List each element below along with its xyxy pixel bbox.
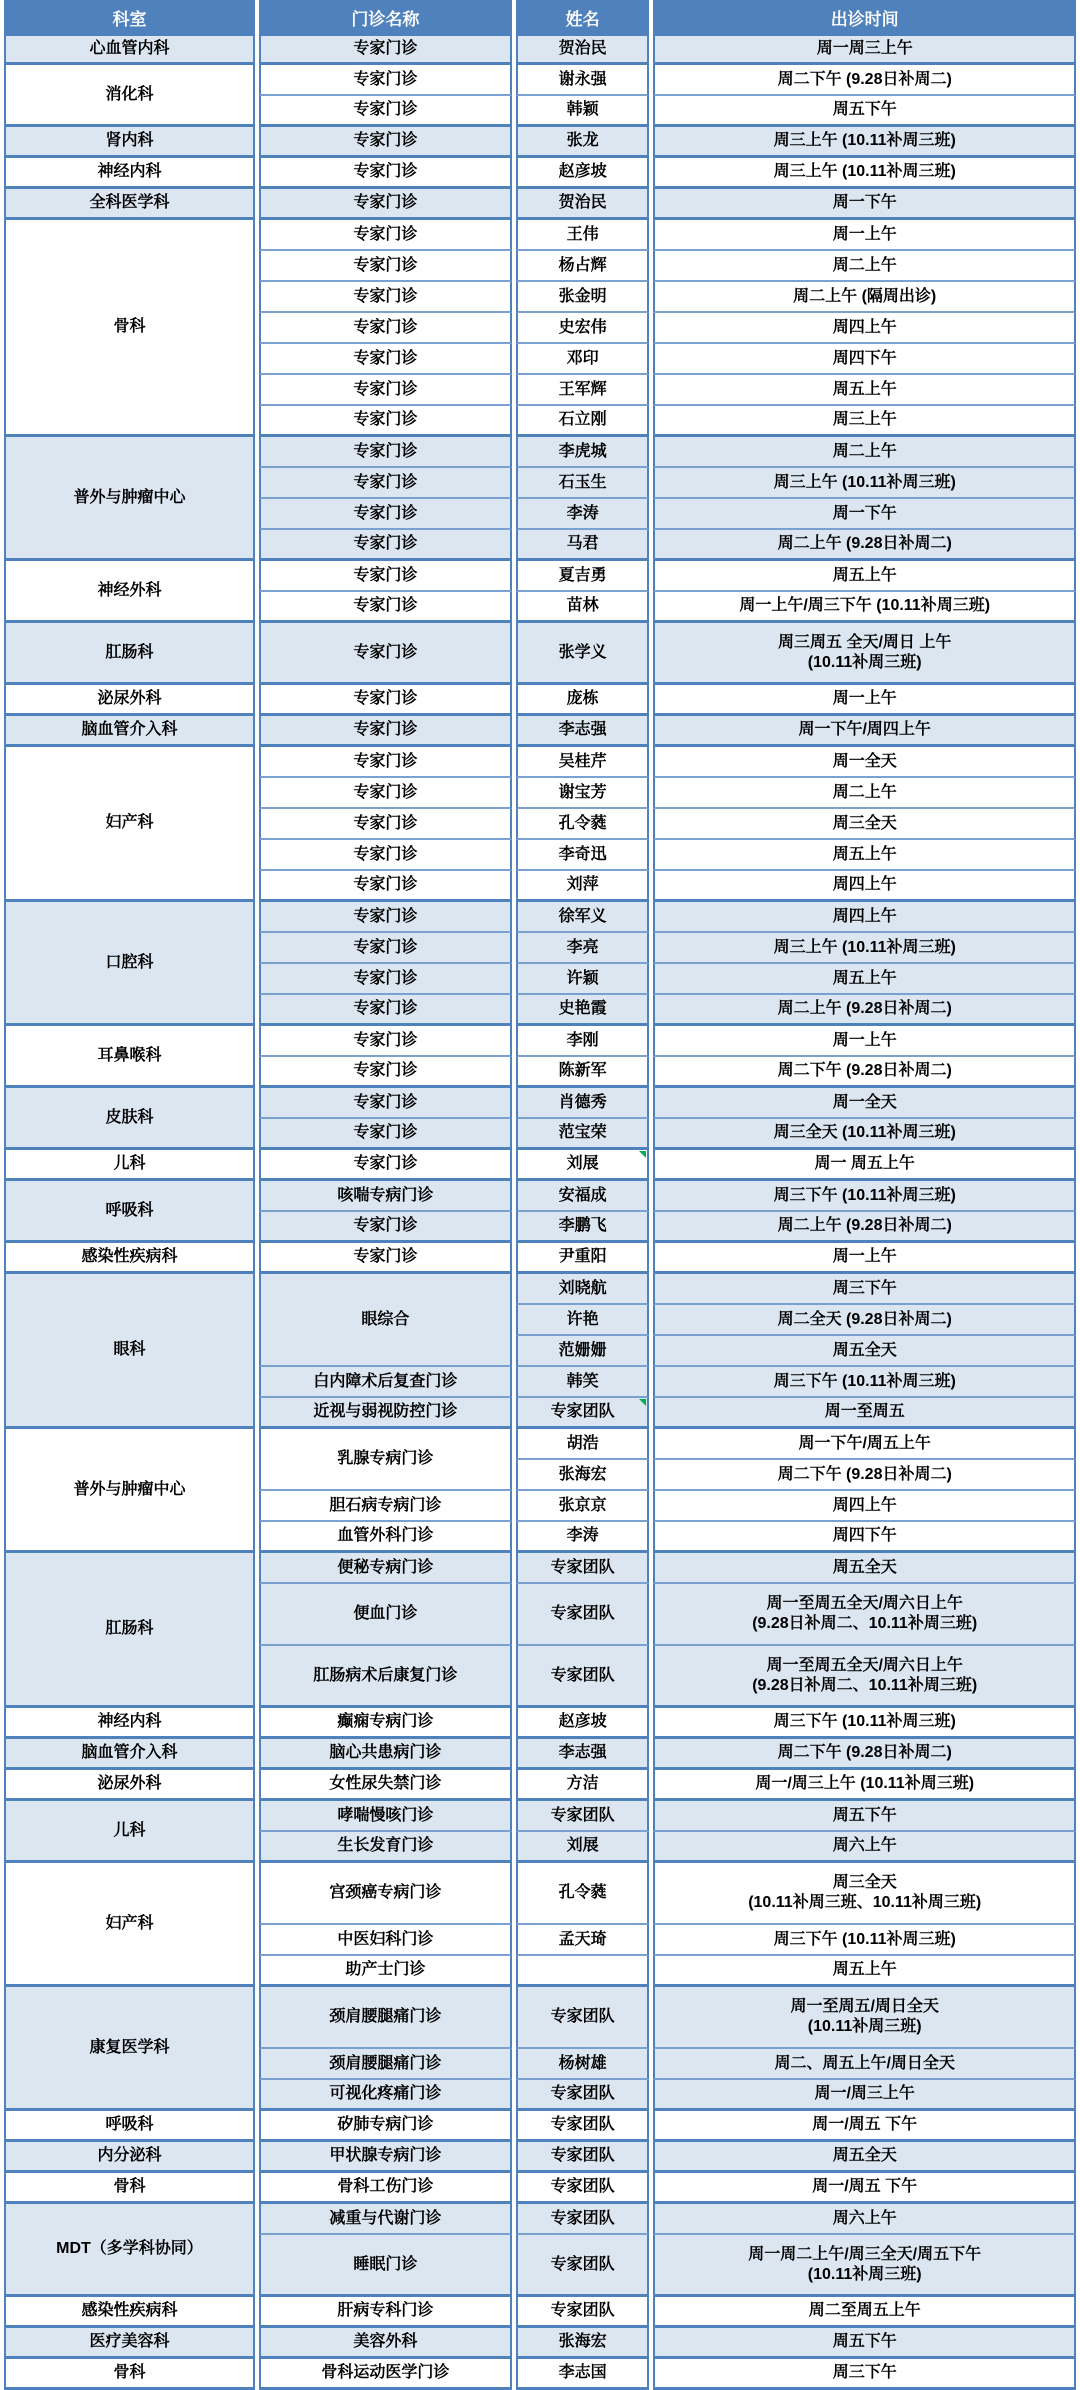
- dept-cell: 肛肠科: [4, 1553, 255, 1708]
- clinic-cell: 咳喘专病门诊: [259, 1181, 512, 1212]
- clinic-cell: 专家门诊: [259, 592, 512, 623]
- cell-text: 周二下午 (9.28日补周二): [659, 1061, 1070, 1081]
- doctor-name-cell: 王伟: [516, 220, 650, 251]
- cell-text: 周一下午/周四上午: [659, 720, 1070, 740]
- cell-text: 专家门诊: [265, 1216, 506, 1236]
- clinic-cell: 专家门诊: [259, 65, 512, 96]
- cell-text: (10.11补周三班): [659, 2017, 1070, 2037]
- schedule-time-cell: 周三上午 (10.11补周三班): [653, 468, 1076, 499]
- cell-text: 陈新军: [522, 1061, 644, 1081]
- dept-cell: 消化科: [4, 65, 255, 127]
- doctor-name-cell: 张金明: [516, 282, 650, 313]
- doctor-name-cell: 孟天琦: [516, 1925, 650, 1956]
- cell-text: 李志强: [522, 1743, 644, 1763]
- cell-text: 孟天琦: [522, 1930, 644, 1950]
- cell-text: 周五全天: [659, 2146, 1070, 2166]
- cell-text: 韩颖: [522, 100, 644, 120]
- dept-cell: 医疗美容科: [4, 2328, 255, 2359]
- cell-text: 周五上午: [659, 1960, 1070, 1980]
- cell-text: 专家门诊: [265, 689, 506, 709]
- cell-text: 减重与代谢门诊: [265, 2209, 506, 2229]
- cell-text: 周四下午: [659, 1526, 1070, 1546]
- cell-text: 专家团队: [522, 2177, 644, 2197]
- schedule-time-cell: 周二上午: [653, 437, 1076, 468]
- cell-text: 专家门诊: [265, 380, 506, 400]
- schedule-time-cell: 周一上午/周三下午 (10.11补周三班): [653, 592, 1076, 623]
- cell-text: 周三上午 (10.11补周三班): [659, 473, 1070, 493]
- cell-text: 感染性疾病科: [10, 1247, 249, 1267]
- schedule-time-cell: 周三下午 (10.11补周三班): [653, 1367, 1076, 1398]
- doctor-name-cell: 韩笑: [516, 1367, 650, 1398]
- schedule-time-cell: 周三下午 (10.11补周三班): [653, 1925, 1076, 1956]
- schedule-time-cell: 周四上午: [653, 871, 1076, 902]
- cell-text: 骨科: [10, 2177, 249, 2197]
- cell-text: 安福成: [522, 1186, 644, 1206]
- dept-cell: 骨科: [4, 2173, 255, 2204]
- doctor-name-cell: 李奇迅: [516, 840, 650, 871]
- cell-text: 李涛: [522, 1526, 644, 1546]
- schedule-time-cell: 周一上午: [653, 685, 1076, 716]
- cell-text: 肖德秀: [522, 1093, 644, 1113]
- schedule-time-cell: 周五上午: [653, 964, 1076, 995]
- schedule-time-cell: 周一至周五: [653, 1398, 1076, 1429]
- cell-text: 李鹏飞: [522, 1216, 644, 1236]
- clinic-cell: 肝病专科门诊: [259, 2297, 512, 2328]
- clinic-cell: 专家门诊: [259, 1119, 512, 1150]
- clinic-cell: 专家门诊: [259, 1057, 512, 1088]
- clinic-cell: 颈肩腰腿痛门诊: [259, 1987, 512, 2049]
- cell-text: 周一全天: [659, 1093, 1070, 1113]
- schedule-time-cell: 周一至周五全天/周六日上午(9.28日补周二、10.11补周三班): [653, 1584, 1076, 1646]
- cell-text: 便血门诊: [265, 1604, 506, 1624]
- cell-text: 胡浩: [522, 1434, 644, 1454]
- clinic-cell: 专家门诊: [259, 468, 512, 499]
- dept-cell: 神经外科: [4, 561, 255, 623]
- clinic-cell: 专家门诊: [259, 809, 512, 840]
- cell-text: 专家团队: [522, 1558, 644, 1578]
- cell-text: 普外与肿瘤中心: [10, 1480, 249, 1500]
- schedule-time-cell: 周二上午 (9.28日补周二): [653, 1212, 1076, 1243]
- doctor-name-cell: 杨树雄: [516, 2049, 650, 2080]
- schedule-time-cell: 周三全天: [653, 809, 1076, 840]
- doctor-name-cell: 杨占辉: [516, 251, 650, 282]
- cell-text: (9.28日补周二、10.11补周三班): [659, 1676, 1070, 1696]
- cell-text: 眼综合: [265, 1310, 506, 1330]
- clinic-cell: 专家门诊: [259, 685, 512, 716]
- cell-text: 周五上午: [659, 845, 1070, 865]
- schedule-time-cell: 周一下午: [653, 499, 1076, 530]
- cell-text: 专家门诊: [265, 473, 506, 493]
- clinic-cell: 专家门诊: [259, 437, 512, 468]
- cell-text: 癫痫专病门诊: [265, 1712, 506, 1732]
- schedule-time-cell: 周二下午 (9.28日补周二): [653, 65, 1076, 96]
- dept-cell: 骨科: [4, 2359, 255, 2390]
- cell-text: 脑血管介入科: [10, 720, 249, 740]
- schedule-time-cell: 周一 周五上午: [653, 1150, 1076, 1181]
- doctor-name-cell: [516, 1956, 650, 1987]
- cell-text: 消化科: [10, 85, 249, 105]
- schedule-time-cell: 周六上午: [653, 2204, 1076, 2235]
- cell-text: 邓印: [522, 349, 644, 369]
- schedule-time-cell: 周一下午: [653, 189, 1076, 220]
- cell-text: 杨占辉: [522, 256, 644, 276]
- dept-cell: 肾内科: [4, 127, 255, 158]
- cell-text: 呼吸科: [10, 1201, 249, 1221]
- doctor-name-cell: 专家团队: [516, 2235, 650, 2297]
- schedule-time-cell: 周二下午 (9.28日补周二): [653, 1460, 1076, 1491]
- dept-cell: 脑血管介入科: [4, 716, 255, 747]
- cell-text: 范姗姗: [522, 1341, 644, 1361]
- schedule-time-cell: 周一/周三上午: [653, 2080, 1076, 2111]
- clinic-cell: 专家门诊: [259, 716, 512, 747]
- cell-text: 胆石病专病门诊: [265, 1496, 506, 1516]
- schedule-time-cell: 周四上午: [653, 313, 1076, 344]
- clinic-cell: 专家门诊: [259, 158, 512, 189]
- cell-text: 专家门诊: [265, 256, 506, 276]
- schedule-time-cell: 周六上午: [653, 1832, 1076, 1863]
- doctor-name-cell: 李亮: [516, 933, 650, 964]
- cell-text: 周五下午: [659, 100, 1070, 120]
- dept-cell: 神经内科: [4, 158, 255, 189]
- doctor-name-cell: 肖德秀: [516, 1088, 650, 1119]
- dept-cell: 脑血管介入科: [4, 1739, 255, 1770]
- clinic-cell: 专家门诊: [259, 623, 512, 685]
- clinic-cell: 睡眠门诊: [259, 2235, 512, 2297]
- clinic-cell: 专家门诊: [259, 1026, 512, 1057]
- cell-text: 周一/周三上午: [659, 2084, 1070, 2104]
- cell-text: 宫颈癌专病门诊: [265, 1883, 506, 1903]
- schedule-time-cell: 周五上午: [653, 1956, 1076, 1987]
- doctor-name-cell: 石立刚: [516, 406, 650, 437]
- cell-text: 专家团队: [522, 1666, 644, 1686]
- cell-text: 庞栋: [522, 689, 644, 709]
- schedule-time-cell: 周一/周三上午 (10.11补周三班): [653, 1770, 1076, 1801]
- doctor-name-cell: 张京京: [516, 1491, 650, 1522]
- cell-text: 谢宝芳: [522, 783, 644, 803]
- clinic-cell: 专家门诊: [259, 375, 512, 406]
- cell-text: 周二下午 (9.28日补周二): [659, 70, 1070, 90]
- dept-cell: 呼吸科: [4, 1181, 255, 1243]
- cell-text: 专家门诊: [265, 100, 506, 120]
- cell-text: MDT（多学科协同）: [10, 2239, 249, 2259]
- cell-text: 周一下午: [659, 193, 1070, 213]
- doctor-name-cell: 李刚: [516, 1026, 650, 1057]
- cell-text: 周一/周五 下午: [659, 2177, 1070, 2197]
- dept-cell: 妇产科: [4, 747, 255, 902]
- doctor-name-cell: 李涛: [516, 1522, 650, 1553]
- clinic-cell: 专家门诊: [259, 127, 512, 158]
- clinic-cell: 专家门诊: [259, 499, 512, 530]
- doctor-name-cell: 韩颖: [516, 96, 650, 127]
- cell-text: 尹重阳: [522, 1247, 644, 1267]
- cell-text: 康复医学科: [10, 2038, 249, 2058]
- cell-text: 儿科: [10, 1154, 249, 1174]
- dept-cell: 普外与肿瘤中心: [4, 1429, 255, 1553]
- doctor-name-cell: 吴桂芹: [516, 747, 650, 778]
- cell-text: 夏吉勇: [522, 566, 644, 586]
- cell-text: 周二上午 (9.28日补周二): [659, 1216, 1070, 1236]
- doctor-name-cell: 李虎城: [516, 437, 650, 468]
- clinic-cell: 专家门诊: [259, 220, 512, 251]
- cell-text: 周三下午 (10.11补周三班): [659, 1712, 1070, 1732]
- cell-text: 李虎城: [522, 442, 644, 462]
- cell-corner-marker-icon: [639, 1399, 646, 1406]
- cell-text: 专家门诊: [265, 720, 506, 740]
- cell-text: 杨树雄: [522, 2054, 644, 2074]
- doctor-name-cell: 赵彦坡: [516, 158, 650, 189]
- clinic-cell: 专家门诊: [259, 34, 512, 65]
- dept-cell: 感染性疾病科: [4, 2297, 255, 2328]
- cell-text: 专家团队: [522, 2209, 644, 2229]
- cell-text: 专家门诊: [265, 1154, 506, 1174]
- dept-cell: 耳鼻喉科: [4, 1026, 255, 1088]
- cell-text: 专家门诊: [265, 504, 506, 524]
- schedule-time-cell: 周三全天 (10.11补周三班): [653, 1119, 1076, 1150]
- cell-text: (10.11补周三班): [659, 653, 1070, 673]
- doctor-name-cell: 专家团队: [516, 1646, 650, 1708]
- dept-cell: 儿科: [4, 1801, 255, 1863]
- cell-text: 周一/周五 下午: [659, 2115, 1070, 2135]
- dept-cell: 眼科: [4, 1274, 255, 1429]
- cell-text: 肛肠科: [10, 643, 249, 663]
- cell-text: 泌尿外科: [10, 689, 249, 709]
- schedule-time-cell: 周三上午 (10.11补周三班): [653, 127, 1076, 158]
- schedule-time-cell: 周五全天: [653, 2142, 1076, 2173]
- cell-text: 史宏伟: [522, 318, 644, 338]
- cell-text: 专家门诊: [265, 70, 506, 90]
- cell-text: 周一至周五全天/周六日上午: [659, 1656, 1070, 1676]
- cell-text: 周三周五 全天/周日 上午: [659, 633, 1070, 653]
- cell-text: 徐军义: [522, 907, 644, 927]
- schedule-time-cell: 周一周二上午/周三全天/周五下午(10.11补周三班): [653, 2235, 1076, 2297]
- cell-text: 骨科运动医学门诊: [265, 2363, 506, 2383]
- cell-text: 周五上午: [659, 566, 1070, 586]
- cell-text: 专家门诊: [265, 318, 506, 338]
- cell-text: 专家团队: [522, 1806, 644, 1826]
- cell-corner-marker-icon: [639, 1151, 646, 1158]
- cell-text: 儿科: [10, 1821, 249, 1841]
- doctor-name-cell: 庞栋: [516, 685, 650, 716]
- schedule-time-cell: 周二下午 (9.28日补周二): [653, 1739, 1076, 1770]
- clinic-cell: 便血门诊: [259, 1584, 512, 1646]
- cell-text: 近视与弱视防控门诊: [265, 1402, 506, 1422]
- cell-text: 肛肠病术后康复门诊: [265, 1666, 506, 1686]
- cell-text: 泌尿外科: [10, 1774, 249, 1794]
- doctor-name-cell: 史宏伟: [516, 313, 650, 344]
- doctor-name-cell: 陈新军: [516, 1057, 650, 1088]
- schedule-time-cell: 周二至周五上午: [653, 2297, 1076, 2328]
- cell-text: 周一周三上午: [659, 39, 1070, 59]
- cell-text: 专家团队: [522, 2084, 644, 2104]
- cell-text: 周五下午: [659, 1806, 1070, 1826]
- clinic-cell: 专家门诊: [259, 840, 512, 871]
- doctor-name-cell: 专家团队: [516, 1584, 650, 1646]
- doctor-name-cell: 李志强: [516, 1739, 650, 1770]
- clinic-cell: 专家门诊: [259, 964, 512, 995]
- cell-text: 周一至周五全天/周六日上午: [659, 1594, 1070, 1614]
- clinic-cell: 癫痫专病门诊: [259, 1708, 512, 1739]
- doctor-name-cell: 贺治民: [516, 189, 650, 220]
- cell-text: 感染性疾病科: [10, 2301, 249, 2321]
- cell-text: 周六上午: [659, 2209, 1070, 2229]
- doctor-name-cell: 夏吉勇: [516, 561, 650, 592]
- clinic-cell: 助产士门诊: [259, 1956, 512, 1987]
- doctor-name-cell: 刘展: [516, 1832, 650, 1863]
- cell-text: 皮肤科: [10, 1108, 249, 1128]
- cell-text: 美容外科: [265, 2332, 506, 2352]
- cell-text: 周一上午: [659, 1247, 1070, 1267]
- schedule-table: 科室 门诊名称 姓名 出诊时间 心血管内科专家门诊贺治民周一周三上午消化科专家门…: [0, 0, 1080, 2390]
- clinic-cell: 眼综合: [259, 1274, 512, 1367]
- cell-text: 孔令蕤: [522, 1883, 644, 1903]
- clinic-cell: 专家门诊: [259, 902, 512, 933]
- schedule-time-cell: 周二上午 (9.28日补周二): [653, 995, 1076, 1026]
- doctor-name-cell: 马君: [516, 530, 650, 561]
- doctor-name-cell: 张学义: [516, 623, 650, 685]
- doctor-name-cell: 许艳: [516, 1305, 650, 1336]
- col-header-department: 科室: [4, 0, 255, 34]
- cell-text: (10.11补周三班): [659, 2265, 1070, 2285]
- cell-text: 普外与肿瘤中心: [10, 488, 249, 508]
- cell-text: (9.28日补周二、10.11补周三班): [659, 1614, 1070, 1634]
- doctor-name-cell: 李志国: [516, 2359, 650, 2390]
- clinic-cell: 专家门诊: [259, 530, 512, 561]
- cell-text: 周一下午: [659, 504, 1070, 524]
- dept-cell: 普外与肿瘤中心: [4, 437, 255, 561]
- cell-text: 女性尿失禁门诊: [265, 1774, 506, 1794]
- cell-text: 周六上午: [659, 1836, 1070, 1856]
- doctor-name-cell: 谢永强: [516, 65, 650, 96]
- cell-text: 周二上午 (9.28日补周二): [659, 999, 1070, 1019]
- cell-text: 专家团队: [522, 1604, 644, 1624]
- doctor-name-cell: 胡浩: [516, 1429, 650, 1460]
- cell-text: 周一下午/周五上午: [659, 1434, 1070, 1454]
- doctor-name-cell: 许颖: [516, 964, 650, 995]
- cell-text: 专家门诊: [265, 596, 506, 616]
- dept-cell: 泌尿外科: [4, 685, 255, 716]
- cell-text: 专家门诊: [265, 938, 506, 958]
- doctor-name-cell: 专家团队: [516, 2297, 650, 2328]
- cell-text: 张金明: [522, 287, 644, 307]
- cell-text: (10.11补周三班、10.11补周三班): [659, 1893, 1070, 1913]
- dept-cell: 骨科: [4, 220, 255, 437]
- schedule-time-cell: 周一全天: [653, 747, 1076, 778]
- dept-cell: 皮肤科: [4, 1088, 255, 1150]
- cell-text: 周四上午: [659, 318, 1070, 338]
- doctor-name-cell: 专家团队: [516, 2173, 650, 2204]
- cell-text: 刘展: [522, 1154, 644, 1174]
- cell-text: 赵彦坡: [522, 162, 644, 182]
- cell-text: 神经外科: [10, 581, 249, 601]
- clinic-cell: 专家门诊: [259, 1212, 512, 1243]
- cell-text: 周一上午: [659, 1031, 1070, 1051]
- cell-text: 神经内科: [10, 1712, 249, 1732]
- schedule-time-cell: 周二全天 (9.28日补周二): [653, 1305, 1076, 1336]
- clinic-cell: 肛肠病术后康复门诊: [259, 1646, 512, 1708]
- cell-text: 许艳: [522, 1310, 644, 1330]
- clinic-cell: 生长发育门诊: [259, 1832, 512, 1863]
- clinic-cell: 专家门诊: [259, 561, 512, 592]
- cell-text: 专家门诊: [265, 349, 506, 369]
- cell-text: 周一至周五: [659, 1402, 1070, 1422]
- cell-text: 眼科: [10, 1340, 249, 1360]
- clinic-cell: 专家门诊: [259, 251, 512, 282]
- cell-text: 专家门诊: [265, 534, 506, 554]
- cell-text: 马君: [522, 534, 644, 554]
- schedule-time-cell: 周三下午 (10.11补周三班): [653, 1708, 1076, 1739]
- cell-text: 耳鼻喉科: [10, 1046, 249, 1066]
- cell-text: 专家团队: [522, 2146, 644, 2166]
- cell-text: 可视化疼痛门诊: [265, 2084, 506, 2104]
- schedule-time-cell: 周二、周五上午/周日全天: [653, 2049, 1076, 2080]
- clinic-cell: 专家门诊: [259, 747, 512, 778]
- clinic-cell: 可视化疼痛门诊: [259, 2080, 512, 2111]
- doctor-name-cell: 孔令蕤: [516, 1863, 650, 1925]
- schedule-time-cell: 周一至周五全天/周六日上午(9.28日补周二、10.11补周三班): [653, 1646, 1076, 1708]
- cell-text: 颈肩腰腿痛门诊: [265, 2007, 506, 2027]
- cell-text: 周一周二上午/周三全天/周五下午: [659, 2245, 1070, 2265]
- cell-text: 生长发育门诊: [265, 1836, 506, 1856]
- cell-text: 肛肠科: [10, 1619, 249, 1639]
- dept-cell: 泌尿外科: [4, 1770, 255, 1801]
- doctor-name-cell: 史艳霞: [516, 995, 650, 1026]
- clinic-cell: 近视与弱视防控门诊: [259, 1398, 512, 1429]
- cell-text: 周三全天: [659, 1873, 1070, 1893]
- cell-text: 刘萍: [522, 875, 644, 895]
- cell-text: 脑心共患病门诊: [265, 1743, 506, 1763]
- cell-text: 贺治民: [522, 193, 644, 213]
- clinic-cell: 专家门诊: [259, 313, 512, 344]
- doctor-name-cell: 李鹏飞: [516, 1212, 650, 1243]
- clinic-cell: 白内障术后复查门诊: [259, 1367, 512, 1398]
- cell-text: 内分泌科: [10, 2146, 249, 2166]
- doctor-name-cell: 刘晓航: [516, 1274, 650, 1305]
- cell-text: 周四上午: [659, 1496, 1070, 1516]
- dept-cell: 口腔科: [4, 902, 255, 1026]
- schedule-time-cell: 周五下午: [653, 1801, 1076, 1832]
- cell-text: 李刚: [522, 1031, 644, 1051]
- cell-text: 矽肺专病门诊: [265, 2115, 506, 2135]
- header-row: 科室 门诊名称 姓名 出诊时间: [4, 0, 1076, 34]
- clinic-cell: 专家门诊: [259, 1243, 512, 1274]
- cell-text: 周三上午 (10.11补周三班): [659, 938, 1070, 958]
- clinic-cell: 美容外科: [259, 2328, 512, 2359]
- doctor-name-cell: 专家团队: [516, 1553, 650, 1584]
- schedule-time-cell: 周三上午 (10.11补周三班): [653, 933, 1076, 964]
- clinic-cell: 专家门诊: [259, 778, 512, 809]
- clinic-cell: 哮喘慢咳门诊: [259, 1801, 512, 1832]
- dept-cell: 呼吸科: [4, 2111, 255, 2142]
- doctor-name-cell: 专家团队: [516, 2080, 650, 2111]
- schedule-time-cell: 周三下午: [653, 2359, 1076, 2390]
- schedule-time-cell: 周二下午 (9.28日补周二): [653, 1057, 1076, 1088]
- doctor-name-cell: 张海宏: [516, 1460, 650, 1491]
- cell-text: 周三上午 (10.11补周三班): [659, 162, 1070, 182]
- cell-text: 助产士门诊: [265, 1960, 506, 1980]
- doctor-name-cell: 李志强: [516, 716, 650, 747]
- cell-text: 心血管内科: [10, 39, 249, 59]
- cell-text: 医疗美容科: [10, 2332, 249, 2352]
- clinic-cell: 宫颈癌专病门诊: [259, 1863, 512, 1925]
- schedule-time-cell: 周一上午: [653, 220, 1076, 251]
- schedule-time-cell: 周五上午: [653, 375, 1076, 406]
- clinic-cell: 女性尿失禁门诊: [259, 1770, 512, 1801]
- cell-text: 周四上午: [659, 875, 1070, 895]
- schedule-time-cell: 周二上午 (9.28日补周二): [653, 530, 1076, 561]
- schedule-time-cell: 周一至周五/周日全天(10.11补周三班): [653, 1987, 1076, 2049]
- dept-cell: 肛肠科: [4, 623, 255, 685]
- schedule-time-cell: 周二上午: [653, 778, 1076, 809]
